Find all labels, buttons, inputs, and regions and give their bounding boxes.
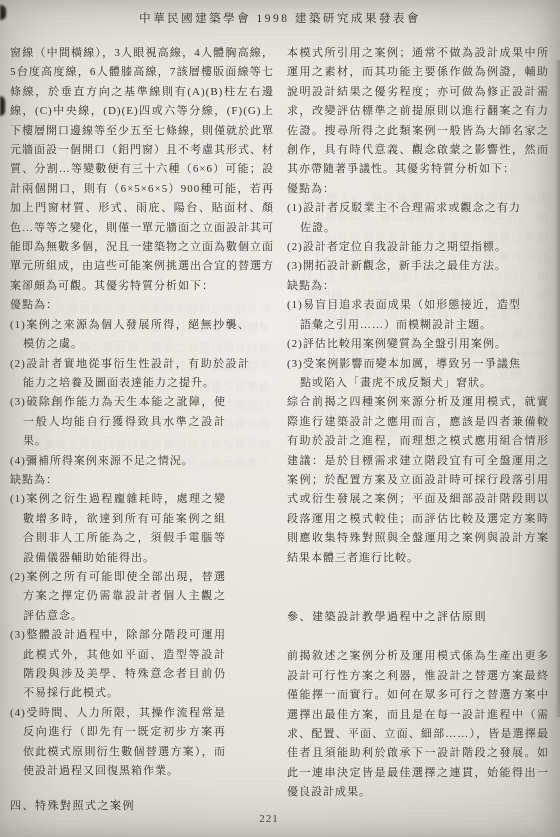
list-item: (3)受案例影響而變本加厲，導致另一爭議焦點或陷入「畫虎不成反類犬」窘狀。 — [287, 355, 549, 394]
list-item: (4)彌補所得案例來源不足之情況。 — [10, 452, 274, 471]
right-column: 本模式所引用之案例；通常不做為設計成果中所運用之素材，而其功能主要係作做為例證，… — [287, 44, 549, 803]
list-item: (2)評估比較用案例變質為全盤引用案例。 — [287, 335, 549, 354]
list-item: (2)設計者實地從事衍生性設計，有助於設計能力之培養及圖面表達能力之提升。 — [10, 355, 274, 394]
left-column: 窗線（中間橫線），3人眼視高線，4人體胸高線，5台度高度線，6人體膝高線，7該層… — [10, 44, 274, 817]
list-item: (3)破除創作能力為天生本能之訛障，使一般人均能自行獲得致具水準之設計果。 — [10, 393, 274, 451]
pros-label: 優點為： — [10, 296, 274, 315]
paragraph: 前揭敘述之案例分析及運用模式係為生產出更多設計可行性方案之利器，惟設計之替選方案… — [287, 647, 549, 802]
list-item: (2)設計者定位自我設計能力之期望指標。 — [287, 238, 549, 257]
cons-label: 缺點為： — [287, 277, 549, 296]
cons-label: 缺點為： — [10, 471, 274, 490]
page-number: 221 — [0, 813, 538, 825]
list-item: (1)易盲目追求表面成果（如形態接近，造型語彙之引用……）而模糊設計主題。 — [287, 296, 549, 335]
list-item: (1)設計者反駁業主不合理需求或觀念之有力佐證。 — [287, 199, 549, 238]
paragraph: 本模式所引用之案例；通常不做為設計成果中所運用之素材，而其功能主要係作做為例證，… — [287, 44, 549, 180]
list-item: (1)案例之衍生過程龐雜耗時，處理之變數增多時，欲達到所有可能案例之組合則非人工… — [10, 490, 274, 568]
list-item: (2)案例之所有可能即使全部出現，替選方案之擇定仍需靠設計者個人主觀之評估意念。 — [10, 568, 274, 626]
list-item: (4)受時間、人力所限，其操作流程常是反向進行（即先有一既定初步方案再依此模式原… — [10, 704, 274, 782]
list-item: (3)整體設計過程中，除部分階段可運用此模式外，其他如平面、造型等設計階段與涉及… — [10, 626, 274, 704]
page-header-title: 中華民國建築學會 1998 建築研究成果發表會 — [0, 10, 560, 26]
paragraph: 綜合前揭之四種案例來源分析及運用模式，就實際進行建築設計之應用而言，應該是四者兼… — [287, 393, 549, 568]
section-heading-three: 參、建築設計教學過程中之評估原則 — [287, 608, 549, 627]
list-item: (3)開拓設計新觀念，新手法之最佳方法。 — [287, 257, 549, 276]
paragraph: 窗線（中間橫線），3人眼視高線，4人體胸高線，5台度高度線，6人體膝高線，7該層… — [10, 44, 274, 296]
list-item: (1)案例之來源為個人發展所得，絕無抄襲、模仿之虞。 — [10, 316, 274, 355]
pros-label: 優點為： — [287, 180, 549, 199]
